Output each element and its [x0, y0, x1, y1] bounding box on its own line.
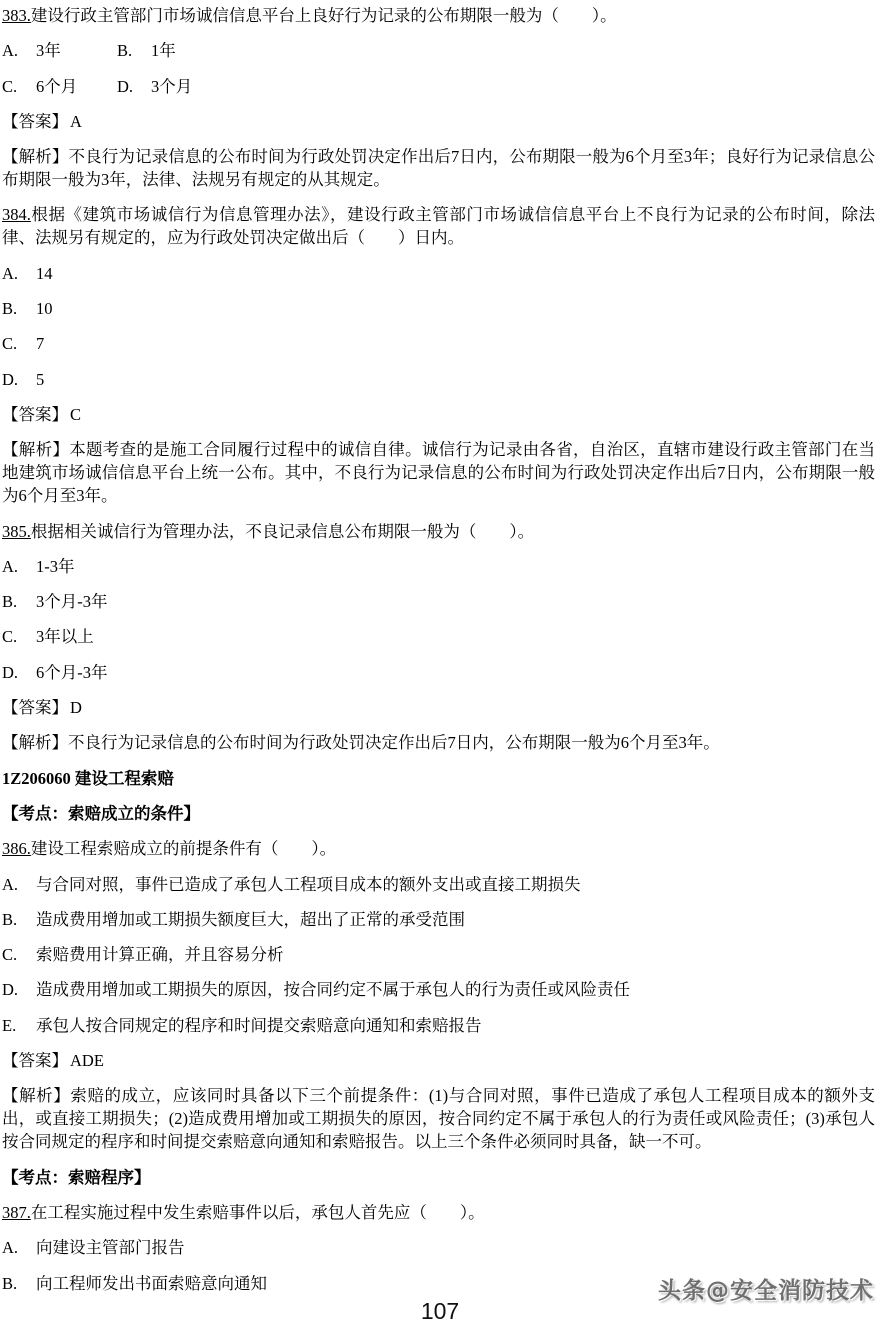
question-384-option-a: A.14: [2, 262, 875, 285]
analysis-label: 【解析】: [2, 147, 69, 166]
question-385-option-a: A.1-3年: [2, 555, 875, 578]
question-384-number: 384.: [2, 205, 31, 224]
question-383-options-row-1: A.3年B.1年: [2, 39, 875, 62]
question-387-stem: 387.在工程实施过程中发生索赔事件以后，承包人首先应（ ）。: [2, 1201, 875, 1224]
page-number: 107: [0, 1298, 880, 1325]
question-384-answer: 【答案】C: [2, 403, 875, 426]
question-384-text: 根据《建筑市场诚信行为信息管理办法》，建设行政主管部门市场诚信信息平台上不良行为…: [2, 205, 875, 247]
question-385-answer: 【答案】D: [2, 696, 875, 719]
question-383-answer: 【答案】A: [2, 110, 875, 133]
question-385-number: 385.: [2, 522, 31, 541]
document-page: 383.建设行政主管部门市场诚信信息平台上良好行为记录的公布期限一般为（ ）。 …: [0, 0, 880, 1325]
question-384-analysis: 【解析】本题考查的是施工合同履行过程中的诚信自律。诚信行为记录由各省，自治区，直…: [2, 438, 875, 507]
question-387-option-a: A.向建设主管部门报告: [2, 1236, 875, 1259]
answer-label: 【答案】: [2, 405, 68, 424]
question-386-option-e: E.承包人按合同规定的程序和时间提交索赔意向通知和索赔报告: [2, 1014, 875, 1037]
question-386-option-b: B.造成费用增加或工期损失额度巨大，超出了正常的承受范围: [2, 908, 875, 931]
analysis-label: 【解析】: [2, 733, 68, 752]
analysis-label: 【解析】: [2, 440, 69, 459]
question-384-option-b: B.10: [2, 297, 875, 320]
question-384-option-c: C.7: [2, 332, 875, 355]
question-383-stem: 383.建设行政主管部门市场诚信信息平台上良好行为记录的公布期限一般为（ ）。: [2, 4, 875, 27]
question-383-text: 建设行政主管部门市场诚信信息平台上良好行为记录的公布期限一般为（ ）。: [31, 6, 617, 25]
question-386-answer: 【答案】ADE: [2, 1049, 875, 1072]
topic-claim-conditions: 【考点：索赔成立的条件】: [2, 802, 875, 825]
question-386-analysis: 【解析】索赔的成立，应该同时具备以下三个前提条件：(1)与合同对照，事件已造成了…: [2, 1084, 875, 1153]
question-384-option-d: D.5: [2, 368, 875, 391]
question-386-stem: 386.建设工程索赔成立的前提条件有（ ）。: [2, 837, 875, 860]
question-385-option-b: B.3个月-3年: [2, 590, 875, 613]
question-385-analysis: 【解析】不良行为记录信息的公布时间为行政处罚决定作出后7日内，公布期限一般为6个…: [2, 731, 875, 754]
question-385-stem: 385.根据相关诚信行为管理办法，不良记录信息公布期限一般为（ ）。: [2, 520, 875, 543]
question-383-option-d: D.3个月: [117, 77, 192, 96]
question-383-option-c: C.6个月: [2, 75, 117, 98]
question-386-option-c: C.索赔费用计算正确，并且容易分析: [2, 943, 875, 966]
question-383-option-b: B.1年: [117, 41, 176, 60]
answer-label: 【答案】: [2, 698, 68, 717]
question-387-text: 在工程实施过程中发生索赔事件以后，承包人首先应（ ）。: [31, 1203, 485, 1222]
question-386-number: 386.: [2, 839, 31, 858]
question-383-option-a: A.3年: [2, 39, 117, 62]
question-383-options-row-2: C.6个月D.3个月: [2, 75, 875, 98]
question-384-stem: 384.根据《建筑市场诚信行为信息管理办法》，建设行政主管部门市场诚信信息平台上…: [2, 203, 875, 249]
question-383-analysis: 【解析】不良行为记录信息的公布时间为行政处罚决定作出后7日内，公布期限一般为6个…: [2, 145, 875, 191]
answer-label: 【答案】: [2, 1051, 68, 1070]
question-385-option-c: C.3年以上: [2, 625, 875, 648]
analysis-label: 【解析】: [2, 1086, 70, 1105]
question-386-option-a: A.与合同对照，事件已造成了承包人工程项目成本的额外支出或直接工期损失: [2, 873, 875, 896]
question-385-text: 根据相关诚信行为管理办法，不良记录信息公布期限一般为（ ）。: [31, 522, 534, 541]
section-title: 1Z206060 建设工程索赔: [2, 767, 875, 790]
topic-claim-procedure: 【考点：索赔程序】: [2, 1166, 875, 1189]
answer-label: 【答案】: [2, 112, 68, 131]
question-386-option-d: D.造成费用增加或工期损失的原因，按合同约定不属于承包人的行为责任或风险责任: [2, 978, 875, 1001]
question-387-number: 387.: [2, 1203, 31, 1222]
question-386-text: 建设工程索赔成立的前提条件有（ ）。: [31, 839, 336, 858]
question-383-number: 383.: [2, 6, 31, 25]
question-385-option-d: D.6个月-3年: [2, 661, 875, 684]
